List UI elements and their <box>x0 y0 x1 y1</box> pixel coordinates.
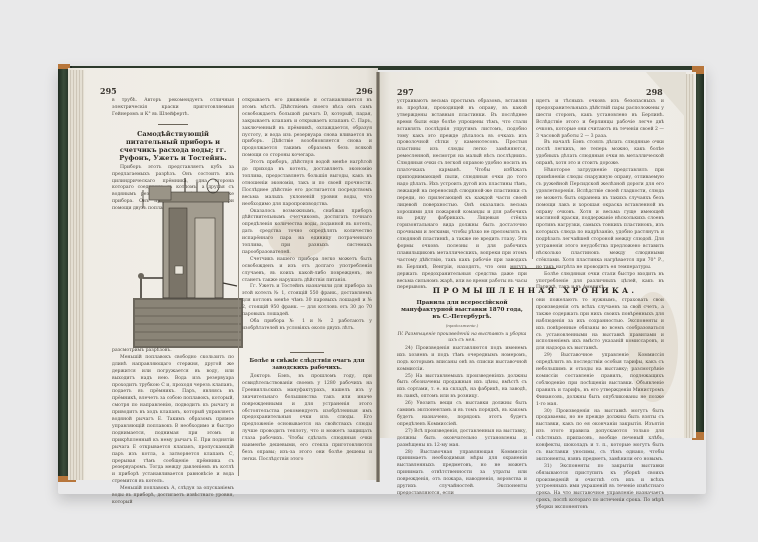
page-number-295: 295 <box>100 86 117 96</box>
right-page-col1-bottom: Правила для всероссійской мануфактурной … <box>397 298 527 438</box>
right-page-col2-bottom: они пожелаютъ то нужнымъ, страховать сво… <box>536 298 664 438</box>
paragraph: Меньшій поплавокъ свободно скользитъ по … <box>112 355 234 486</box>
paragraph: 25) На выставляемыхъ произведеніяхъ долж… <box>397 374 527 402</box>
paragraph: 24) Произведенія выставляются подъ имене… <box>397 346 527 374</box>
right-page-col2-top: идетъ и тѣсныхъ очковъ изъ безопасныхъ и… <box>536 99 664 261</box>
feeder-apparatus-illustration <box>133 178 243 348</box>
left-page-col1-bottom: разсмотримъ разрѣзовъ. Меньшій поплавокъ… <box>112 348 234 476</box>
paragraph: открываетъ его движеніе и останавливаетс… <box>242 98 372 160</box>
article-heading-feeder: Самодѣйствующій питательный приборъ и сч… <box>112 130 234 162</box>
column-rule <box>532 298 533 436</box>
paragraph: 28) Выставочная управляющая Коммиссія пр… <box>397 450 527 498</box>
article-heading-mica-goggles: Болѣе и свѣжіе слѣдствія очагъ для завод… <box>242 358 372 372</box>
figure-caption: разсмотримъ разрѣзовъ. <box>112 348 234 355</box>
paragraph: устраиваютъ весьма простымъ образомъ, вс… <box>397 99 527 292</box>
page-number-298: 298 <box>646 87 663 97</box>
article-heading-exhibition-rules: Правила для всероссійской мануфактурной … <box>397 300 527 321</box>
lead-text: в трубѣ. Авторъ рекомендуетъ отличныя эл… <box>112 98 234 119</box>
left-page-col1-top: в трубѣ. Авторъ рекомендуетъ отличныя эл… <box>112 98 234 182</box>
right-page-col1-top: устраиваютъ весьма простымъ образомъ, вс… <box>397 99 527 261</box>
column-rule <box>532 99 533 259</box>
left-page-col2-bottom: Болѣе и свѣжіе слѣдствія очагъ для завод… <box>242 352 372 476</box>
section-banner: ПРОМЫШЛЕННАЯ ХРОНИКА. <box>410 286 660 295</box>
paragraph: Этотъ приборъ, дѣйствуя водой менѣе нагр… <box>242 160 372 208</box>
paragraph: Оказалось возможнымъ, снабжая приборъ дѣ… <box>242 209 372 257</box>
paragraph: 31) Экспоненты по закрытіи выставки обяз… <box>536 464 664 512</box>
column-rule <box>238 98 239 476</box>
book-gutter <box>376 72 380 482</box>
paragraph: 27) Всѣ произведенія, доставленныя на вы… <box>397 429 527 450</box>
left-page-edges <box>68 70 84 480</box>
page-number-297: 297 <box>397 87 414 97</box>
section-separator <box>510 268 556 269</box>
roman-section-heading: IV. Размѣщеніе произведеній на выставкѣ … <box>397 332 527 344</box>
paragraph: 26) Увозить вещи съ выставки должны быть… <box>397 401 527 429</box>
paragraph: Гг. Ужетъ и Тостейнъ назначили для прибо… <box>242 284 372 319</box>
paragraph: Меньшій поплавокъ А, слѣдуя за опусканіе… <box>112 486 234 507</box>
continued-note: (продолженіе.) <box>397 323 527 330</box>
paragraph: Докторъ Бэнъ, въ прошломъ году, при осви… <box>242 374 372 464</box>
paragraph: Нѣкоторое затрудненіе представлялъ при п… <box>536 168 664 272</box>
left-page-col2-top: открываетъ его движеніе и останавливаетс… <box>242 98 372 352</box>
paragraph: они пожелаютъ то нужнымъ, страховать сво… <box>536 298 664 353</box>
paragraph: Счетчикъ нашего прибора легко можетъ быт… <box>242 257 372 285</box>
paragraph: Оба прибора № 1 и № 2 работаютъ у изобрѣ… <box>242 319 372 333</box>
right-page-edges <box>684 74 694 438</box>
paragraph: Въ началѣ Бэнъ стоялъ дѣлать слюдяные оч… <box>536 140 664 168</box>
page-number-296: 296 <box>356 86 373 96</box>
paragraph: 30) Произведенія на выставкѣ могутъ быть… <box>536 409 664 464</box>
paragraph: 29) Выставочное управленіе Коммиссія опр… <box>536 353 664 408</box>
paragraph: идетъ и тѣсныхъ очковъ изъ безопасныхъ и… <box>536 99 664 140</box>
